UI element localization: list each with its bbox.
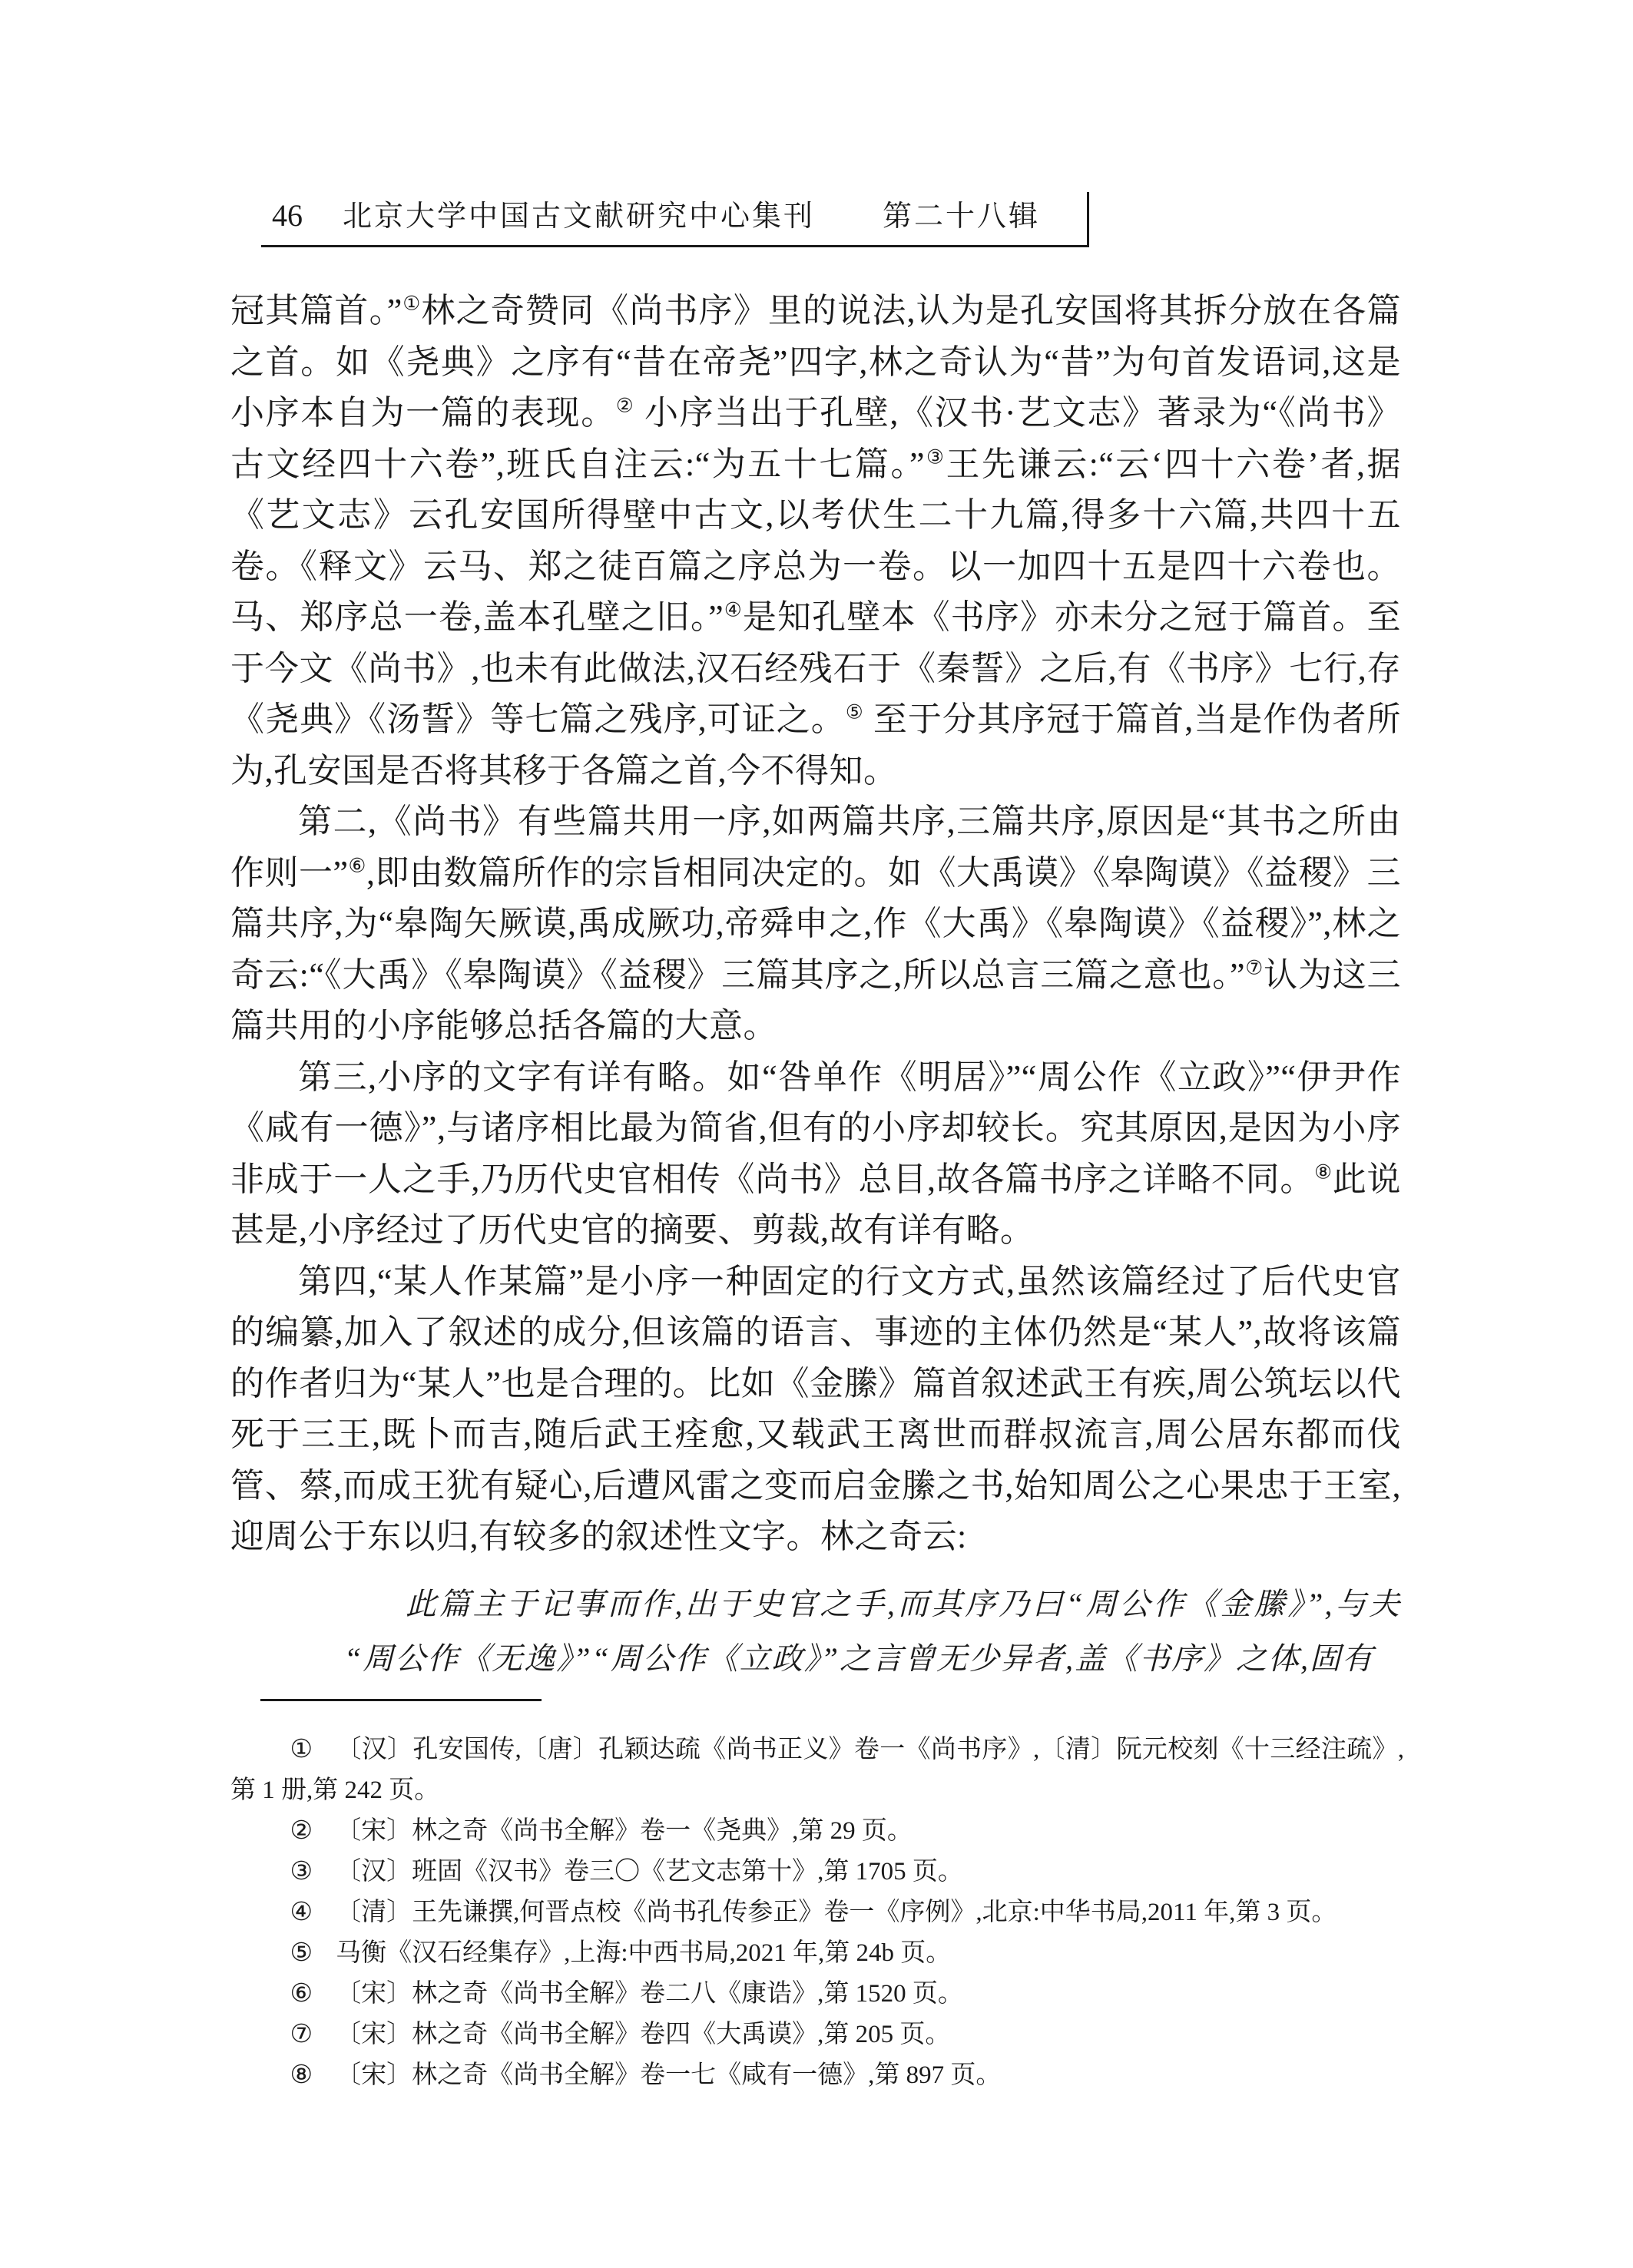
footnote-number: ⑧ bbox=[290, 2061, 313, 2089]
footnote-text: 〔宋〕林之奇《尚书全解》卷四《大禹谟》,第 205 页。 bbox=[336, 2021, 950, 2048]
footnote-text: 〔宋〕林之奇《尚书全解》卷一七《咸有一德》,第 897 页。 bbox=[336, 2061, 1001, 2089]
footnote-text: 〔汉〕班固《汉书》卷三〇《艺文志第十》,第 1705 页。 bbox=[336, 1858, 963, 1886]
footnote-6: ⑥〔宋〕林之奇《尚书全解》卷二八《康诰》,第 1520 页。 bbox=[230, 1974, 1404, 2015]
footnote-5: ⑤马衡《汉石经集存》,上海:中西书局,2021 年,第 24b 页。 bbox=[230, 1933, 1404, 1974]
page-number: 46 bbox=[272, 197, 303, 233]
footnote-separator bbox=[260, 1699, 542, 1701]
footnote-text: 马衡《汉石经集存》,上海:中西书局,2021 年,第 24b 页。 bbox=[336, 1939, 951, 1967]
footnote-number: ⑤ bbox=[290, 1939, 313, 1967]
article-body: 冠其篇首。”①林之奇赞同《尚书序》里的说法,认为是孔安国将其拆分放在各篇之首。如… bbox=[230, 286, 1401, 1686]
footnote-7: ⑦〔宋〕林之奇《尚书全解》卷四《大禹谟》,第 205 页。 bbox=[230, 2015, 1404, 2055]
journal-page: 46 北京大学中国古文献研究中心集刊 第二十八辑 冠其篇首。”①林之奇赞同《尚书… bbox=[0, 0, 1633, 2268]
paragraph-1: 冠其篇首。”①林之奇赞同《尚书序》里的说法,认为是孔安国将其拆分放在各篇之首。如… bbox=[230, 286, 1401, 796]
footnote-number: ① bbox=[290, 1736, 313, 1763]
footnote-2: ②〔宋〕林之奇《尚书全解》卷一《尧典》,第 29 页。 bbox=[230, 1811, 1404, 1852]
footnote-1: ①〔汉〕孔安国传,〔唐〕孔颖达疏《尚书正义》卷一《尚书序》,〔清〕阮元校刻《十三… bbox=[230, 1730, 1404, 1811]
footnote-text: 〔清〕王先谦撰,何晋点校《尚书孔传参正》卷一《序例》,北京:中华书局,2011 … bbox=[336, 1899, 1337, 1926]
block-quote: 此篇主于记事而作,出于史官之手,而其序乃曰“周公作《金縢》”,与夫“周公作《无逸… bbox=[344, 1577, 1401, 1686]
footnote-number: ⑥ bbox=[290, 1980, 313, 2008]
footnote-text: 〔汉〕孔安国传,〔唐〕孔颖达疏《尚书正义》卷一《尚书序》,〔清〕阮元校刻《十三经… bbox=[230, 1736, 1404, 1804]
running-header: 46 北京大学中国古文献研究中心集刊 第二十八辑 bbox=[261, 192, 1089, 247]
footnote-number: ⑦ bbox=[290, 2021, 313, 2048]
paragraph-2: 第二,《尚书》有些篇共用一序,如两篇共序,三篇共序,原因是“其书之所由作则一”⑥… bbox=[230, 796, 1401, 1052]
volume-label: 第二十八辑 bbox=[883, 192, 1040, 234]
footnote-text: 〔宋〕林之奇《尚书全解》卷二八《康诰》,第 1520 页。 bbox=[336, 1980, 963, 2008]
footnote-section: ①〔汉〕孔安国传,〔唐〕孔颖达疏《尚书正义》卷一《尚书序》,〔清〕阮元校刻《十三… bbox=[230, 1730, 1404, 2096]
footnote-text: 〔宋〕林之奇《尚书全解》卷一《尧典》,第 29 页。 bbox=[336, 1817, 913, 1845]
footnote-3: ③〔汉〕班固《汉书》卷三〇《艺文志第十》,第 1705 页。 bbox=[230, 1852, 1404, 1892]
footnote-number: ④ bbox=[290, 1899, 313, 1926]
footnote-8: ⑧〔宋〕林之奇《尚书全解》卷一七《咸有一德》,第 897 页。 bbox=[230, 2055, 1404, 2096]
footnote-number: ② bbox=[290, 1817, 313, 1845]
journal-title: 北京大学中国古文献研究中心集刊 bbox=[343, 192, 815, 234]
footnote-number: ③ bbox=[290, 1858, 313, 1886]
footnote-4: ④〔清〕王先谦撰,何晋点校《尚书孔传参正》卷一《序例》,北京:中华书局,2011… bbox=[230, 1892, 1404, 1933]
paragraph-4: 第四,“某人作某篇”是小序一种固定的行文方式,虽然该篇经过了后代史官的编纂,加入… bbox=[230, 1257, 1401, 1563]
paragraph-3: 第三,小序的文字有详有略。如“咎单作《明居》”“周公作《立政》”“伊尹作《咸有一… bbox=[230, 1052, 1401, 1257]
